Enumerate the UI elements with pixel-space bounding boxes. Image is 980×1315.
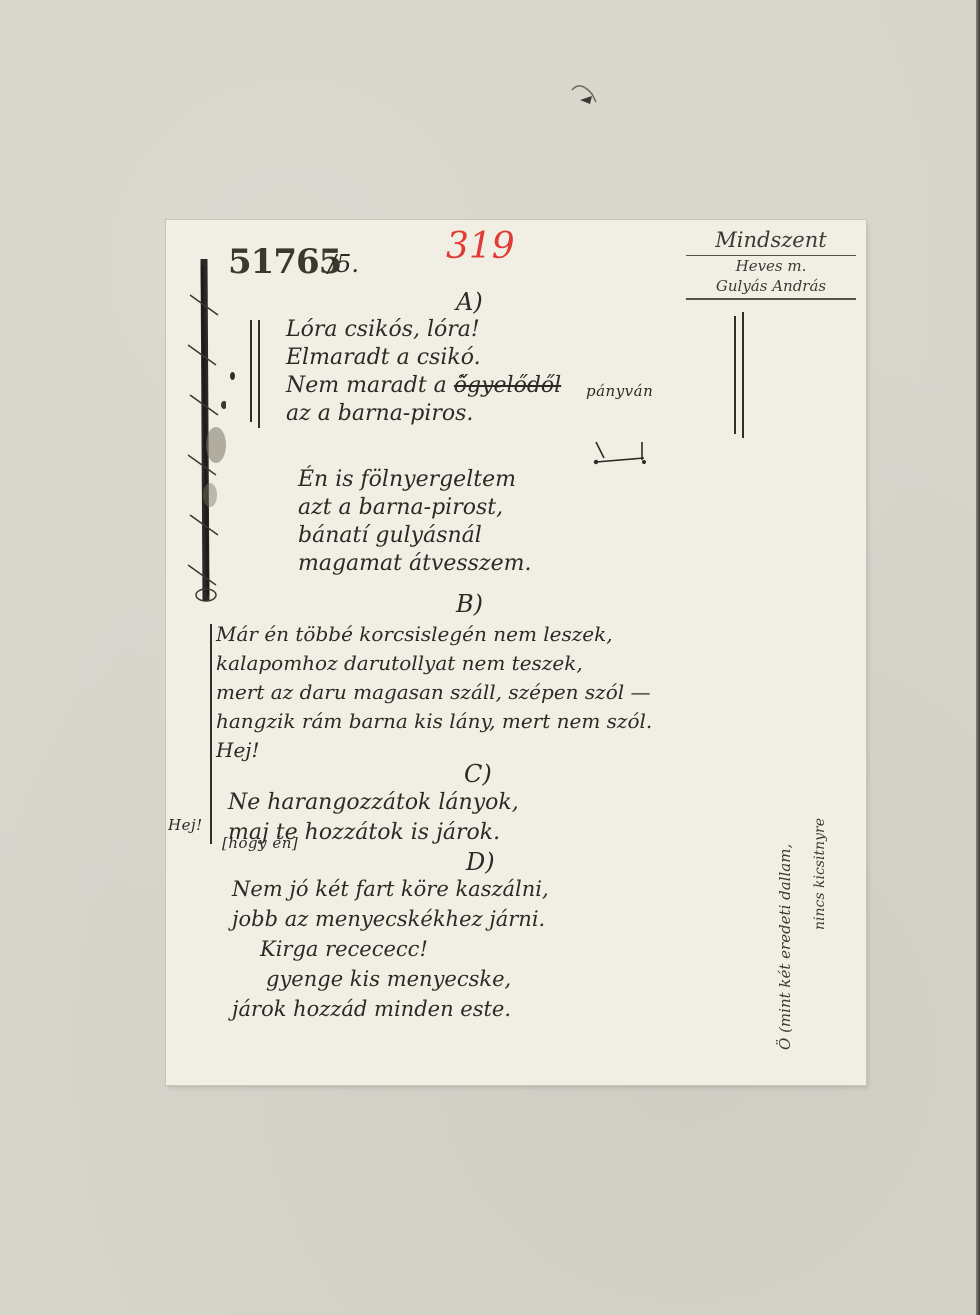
verse-line: az a barna-piros.	[286, 400, 561, 428]
verse-line: Lóra csikós, lóra!	[286, 316, 561, 344]
section-label-b: B)	[456, 590, 483, 618]
verse-line: mert az daru magasan száll, szépen szól …	[216, 678, 652, 707]
verse-d: Nem jó két fart köre kaszálni, jobb az m…	[232, 874, 549, 1024]
provenance-rule	[686, 298, 856, 300]
section-label-c: C)	[464, 760, 492, 788]
vertical-side-note-2: nincs kicsitnyre	[812, 818, 828, 930]
verse-line: gyenge kis menyecske,	[232, 964, 549, 994]
mount-edge	[976, 0, 980, 1315]
verse-b: Már én többé korcsislegén nem leszek, ka…	[216, 620, 652, 765]
section-label-d: D)	[466, 848, 495, 876]
pencil-mark-icon	[566, 82, 600, 108]
informant: Gulyás András	[686, 276, 856, 296]
verse-line: Nem maradt a ő̃gyelődől	[286, 372, 561, 400]
county: Heves m.	[686, 256, 856, 276]
red-item-number: 319	[446, 226, 515, 267]
repeat-bar-left-2	[258, 320, 260, 428]
bracket-note: [hogy én]	[222, 834, 298, 852]
margin-rule	[210, 624, 212, 844]
margin-hej-note: Hej!	[168, 816, 203, 834]
vertical-side-note-1: Ö (mint két eredeti dallam,	[776, 844, 794, 1050]
verse-line: jobb az menyecskékhez járni.	[232, 904, 549, 934]
catalog-number: 51765	[228, 242, 341, 282]
verse-line: magamat átvesszem.	[298, 550, 531, 578]
catalog-suffix: /5.	[328, 250, 359, 278]
verse-line: Kirga recececc!	[232, 934, 549, 964]
verse-a1: Én is fölnyergeltem azt a barna-pirost, …	[298, 466, 531, 578]
verse-line: Ne harangozzátok lányok,	[228, 788, 519, 818]
verse-a: Lóra csikós, lóra! Elmaradt a csikó. Nem…	[286, 316, 561, 428]
verse-line: kalapomhoz darutollyat nem teszek,	[216, 649, 652, 678]
manuscript-sheet: 51765 /5. 319 Mindszent Heves m. Gulyás …	[166, 220, 866, 1085]
verse-line: Hej!	[216, 736, 652, 765]
verse-line: Már én többé korcsislegén nem leszek,	[216, 620, 652, 649]
verse-line: azt a barna-pirost,	[298, 494, 531, 522]
repeat-bar-right-2	[742, 312, 744, 438]
section-label-a: A)	[456, 288, 483, 316]
place-name: Mindszent	[686, 228, 856, 256]
repeat-bar-left	[250, 320, 252, 422]
repeat-bar-right	[734, 316, 736, 434]
provenance-box: Mindszent Heves m. Gulyás András	[686, 228, 856, 300]
verse-line: Nem jó két fart köre kaszálni,	[232, 874, 549, 904]
struck-word: ő̃gyelődől	[454, 373, 561, 398]
margin-dot	[230, 372, 235, 380]
verse-line: Én is fölnyergeltem	[298, 466, 531, 494]
verse-line: járok hozzád minden este.	[232, 994, 549, 1024]
verse-line: Elmaradt a csikó.	[286, 344, 561, 372]
music-note-mark-icon	[590, 438, 650, 466]
inserted-word: pányván	[586, 382, 653, 400]
verse-line: hangzik rám barna kis lány, mert nem szó…	[216, 707, 652, 736]
crossed-out-margin-note	[182, 255, 226, 605]
verse-line: bánatí gulyásnál	[298, 522, 531, 550]
